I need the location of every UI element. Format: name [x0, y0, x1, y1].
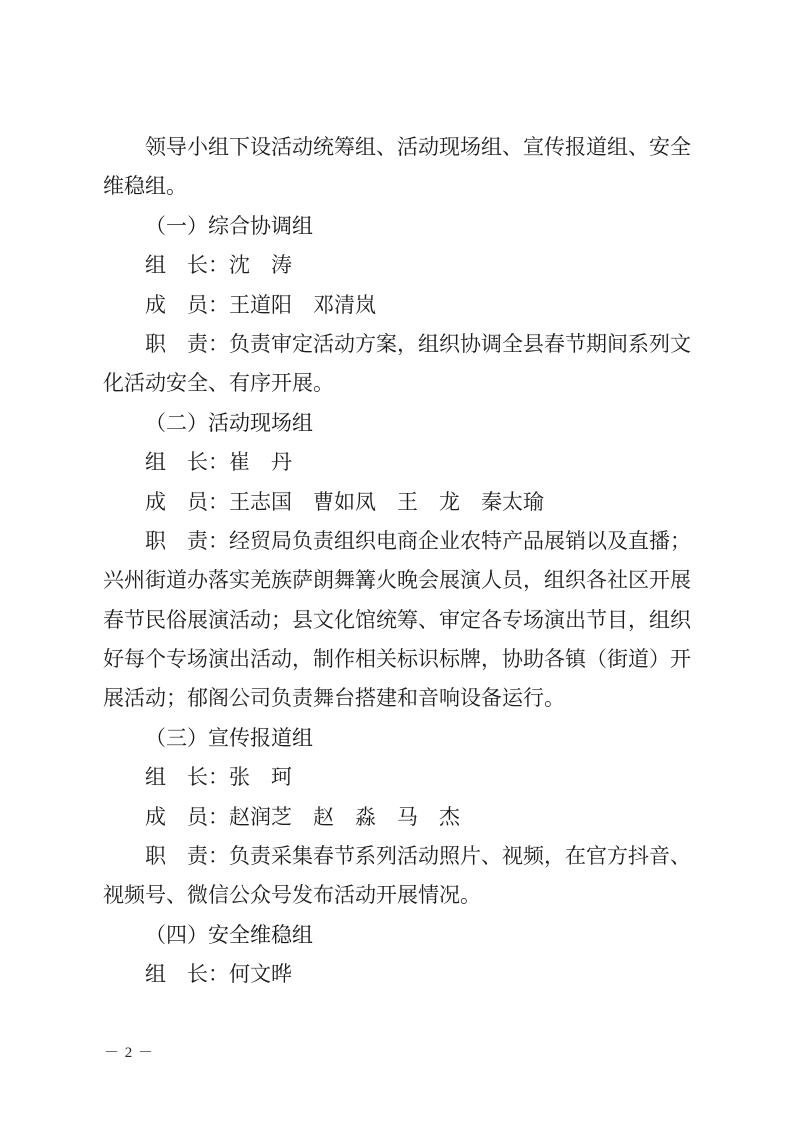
text-line: 视频号、微信公众号发布活动开展情况。 [103, 876, 691, 915]
text-line: 兴州街道办落实羌族萨朗舞篝火晚会展演人员，组织各社区开展 [103, 561, 691, 600]
text-line: 化活动安全、有序开展。 [103, 364, 691, 403]
text-line: 展活动；郁阁公司负责舞台搭建和音响设备运行。 [103, 679, 691, 718]
text-line: 成 员：王志国 曹如凤 王 龙 秦太瑜 [103, 483, 691, 522]
text-line: 维稳组。 [103, 167, 691, 206]
text-line: 职 责：负责采集春节系列活动照片、视频，在官方抖音、 [103, 837, 691, 876]
page-footer: － 2 － [104, 1041, 154, 1065]
text-line: 春节民俗展演活动；县文化馆统筹、审定各专场演出节目，组织 [103, 601, 691, 640]
section-heading: （一）综合协调组 [103, 207, 691, 246]
section-heading: （四）安全维稳组 [103, 916, 691, 955]
text-line: 组 长：沈 涛 [103, 246, 691, 285]
section-heading: （三）宣传报道组 [103, 719, 691, 758]
text-line: 职 责：经贸局负责组织电商企业农特产品展销以及直播； [103, 522, 691, 561]
text-line: 好每个专场演出活动，制作相关标识标牌，协助各镇（街道）开 [103, 640, 691, 679]
section-heading: （二）活动现场组 [103, 404, 691, 443]
text-line: 组 长：何文晔 [103, 955, 691, 994]
page-number: － 2 － [104, 1045, 154, 1061]
text-line: 成 员：王道阳 邓清岚 [103, 286, 691, 325]
text-line: 成 员：赵润芝 赵 淼 马 杰 [103, 798, 691, 837]
text-line: 领导小组下设活动统筹组、活动现场组、宣传报道组、安全 [103, 128, 691, 167]
text-line: 组 长：张 珂 [103, 758, 691, 797]
document-page: 领导小组下设活动统筹组、活动现场组、宣传报道组、安全维稳组。（一）综合协调组组 … [0, 0, 793, 1122]
document-body: 领导小组下设活动统筹组、活动现场组、宣传报道组、安全维稳组。（一）综合协调组组 … [103, 128, 691, 995]
text-line: 职 责：负责审定活动方案，组织协调全县春节期间系列文 [103, 325, 691, 364]
text-line: 组 长：崔 丹 [103, 443, 691, 482]
